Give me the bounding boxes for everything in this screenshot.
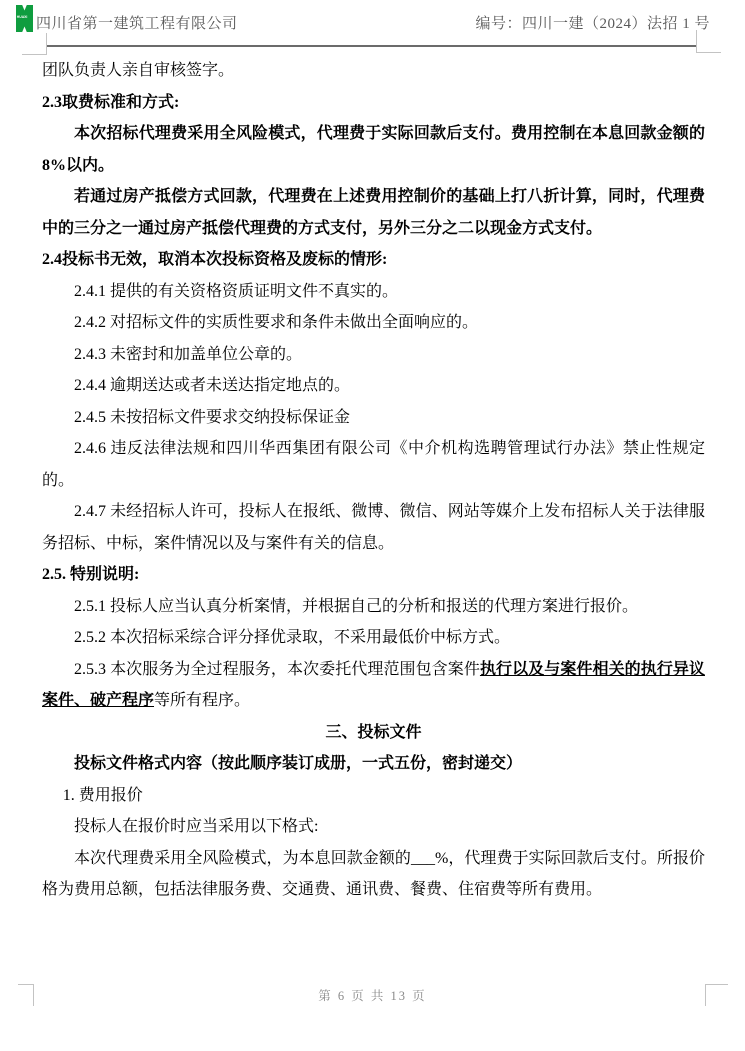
para-2-5-1: 2.5.1 投标人应当认真分析案情，并根据自己的分析和报送的代理方案进行报价。 — [42, 591, 705, 623]
para-2-5-2: 2.5.2 本次招标采综合评分择优录取，不采用最低价中标方式。 — [42, 622, 705, 654]
crop-mark-top-right — [696, 30, 721, 53]
heading-2-5: 2.5. 特别说明: — [42, 559, 705, 591]
para-2-5-3: 2.5.3 本次服务为全过程服务，本次委托代理范围包含案件执行以及与案件相关的执… — [42, 654, 705, 717]
para-2-5-3-post: 等所有程序。 — [154, 692, 250, 709]
para-2-5-3-pre: 2.5.3 本次服务为全过程服务，本次委托代理范围包含案件 — [74, 661, 480, 678]
document-number: 编号：四川一建（2024）法招 1 号 — [475, 12, 710, 33]
para-item-1: 1. 费用报价 — [42, 780, 705, 812]
heading-2-4: 2.4投标书无效，取消本次投标资格及废标的情形: — [42, 244, 705, 276]
document-body: 团队负责人亲自审核签字。 2.3取费标准和方式: 本次招标代理费采用全风险模式，… — [42, 55, 705, 906]
header-rule — [46, 45, 696, 47]
huaxi-logo-icon: HUAXI — [16, 5, 33, 32]
heading-2-3: 2.3取费标准和方式: — [42, 87, 705, 119]
para-2-4-2: 2.4.2 对招标文件的实质性要求和条件未做出全面响应的。 — [42, 307, 705, 339]
para-2-3-b: 若通过房产抵偿方式回款，代理费在上述费用控制价的基础上打八折计算，同时，代理费中… — [42, 181, 705, 244]
section-heading: 三、投标文件 — [42, 717, 705, 749]
para-2-4-1: 2.4.1 提供的有关资格资质证明文件不真实的。 — [42, 276, 705, 308]
crop-mark-top-left — [22, 33, 47, 55]
logo-text: HUAXI — [17, 15, 28, 19]
para-2-4-3: 2.4.3 未密封和加盖单位公章的。 — [42, 339, 705, 371]
para-2-4-5: 2.4.5 未按招标文件要求交纳投标保证金 — [42, 402, 705, 434]
para-format: 投标文件格式内容（按此顺序装订成册，一式五份，密封递交） — [42, 748, 705, 780]
document-page: HUAXI 四川省第一建筑工程有限公司 编号：四川一建（2024）法招 1 号 … — [0, 0, 745, 1051]
para-2-3-a: 本次招标代理费采用全风险模式，代理费于实际回款后支付。费用控制在本息回款金额的 … — [42, 118, 705, 181]
company-name: 四川省第一建筑工程有限公司 — [36, 12, 238, 33]
para-continuation: 团队负责人亲自审核签字。 — [42, 55, 705, 87]
para-2-4-4: 2.4.4 逾期送达或者未送达指定地点的。 — [42, 370, 705, 402]
para-2-4-6: 2.4.6 违反法律法规和四川华西集团有限公司《中介机构选聘管理试行办法》禁止性… — [42, 433, 705, 496]
para-quote-body: 本次代理费采用全风险模式，为本息回款金额的___%，代理费于实际回款后支付。所报… — [42, 843, 705, 906]
page-number: 第 6 页 共 13 页 — [0, 986, 745, 1004]
para-quote-intro: 投标人在报价时应当采用以下格式: — [42, 811, 705, 843]
para-2-4-7: 2.4.7 未经招标人许可，投标人在报纸、微博、微信、网站等媒介上发布招标人关于… — [42, 496, 705, 559]
